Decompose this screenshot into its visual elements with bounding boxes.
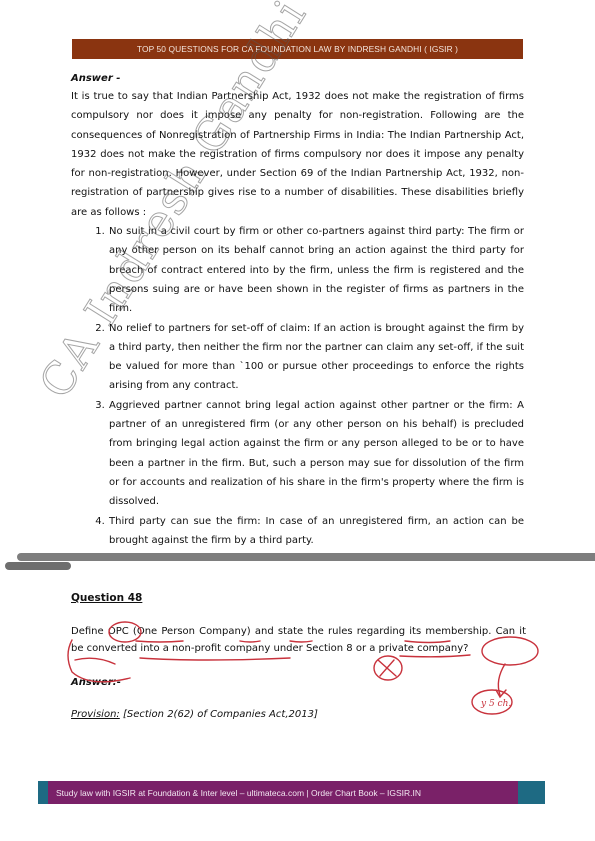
answer-intro-paragraph: It is true to say that Indian Partnershi…: [71, 87, 524, 222]
provision-line: Provision: [Section 2(62) of Companies A…: [71, 708, 526, 722]
provision-label: Provision:: [71, 709, 120, 720]
list-item: No relief to partners for set-off of cla…: [108, 319, 524, 396]
list-item: Aggrieved partner cannot bring legal act…: [108, 396, 524, 512]
question-title: Question 48: [71, 591, 526, 605]
footer-inner: Study law with IGSIR at Foundation & Int…: [48, 781, 518, 804]
list-item: No suit in a civil court by firm or othe…: [108, 222, 524, 318]
page-footer-banner: Study law with IGSIR at Foundation & Int…: [38, 781, 545, 804]
section-divider-accent: [5, 562, 71, 570]
provision-text: [Section 2(62) of Companies Act,2013]: [120, 709, 318, 720]
list-item: Third party can sue the firm: In case of…: [108, 512, 524, 551]
question-section: Question 48 Define OPC (One Person Compa…: [71, 591, 526, 722]
header-title: TOP 50 QUESTIONS FOR CA FOUNDATION LAW B…: [137, 44, 458, 54]
footer-text: Study law with IGSIR at Foundation & Int…: [56, 788, 421, 798]
answer-label: Answer:-: [71, 676, 526, 690]
answer-section: Answer - It is true to say that Indian P…: [71, 72, 524, 550]
disabilities-list: No suit in a civil court by firm or othe…: [71, 222, 524, 550]
answer-label: Answer -: [71, 72, 524, 86]
page-header-banner: TOP 50 QUESTIONS FOR CA FOUNDATION LAW B…: [72, 39, 523, 59]
question-text: Define OPC (One Person Company) and stat…: [71, 623, 526, 657]
section-divider: [17, 553, 595, 561]
